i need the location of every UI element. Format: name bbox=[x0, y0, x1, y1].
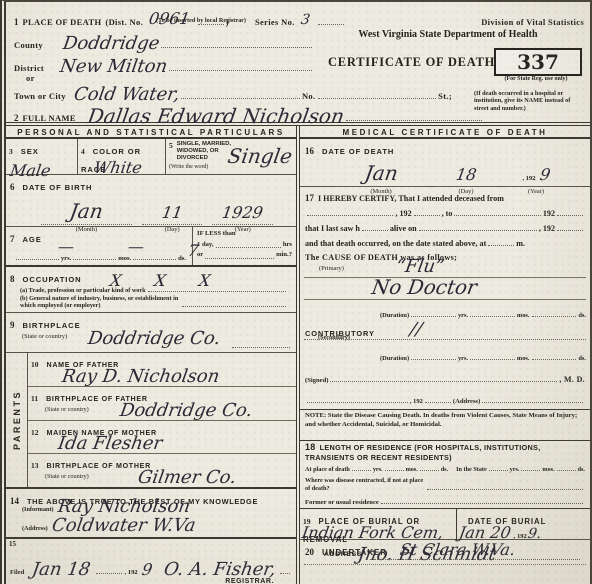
dob-day-value: 11 bbox=[161, 205, 184, 221]
informant-value: Ray Nicholson bbox=[57, 498, 192, 516]
residence-label: LENGTH OF RESIDENCE (FOR HOSPITALS, INST… bbox=[305, 443, 541, 462]
cause-extra-value: No Doctor bbox=[370, 277, 478, 297]
cause-primary-value: “Flu” bbox=[395, 258, 446, 276]
res-yrs-a: yrs. bbox=[373, 466, 383, 473]
burial-place-value: Indian Fork Cem, bbox=[301, 525, 445, 541]
sex-label: SEX bbox=[21, 147, 39, 156]
burial-year-prefix: , 192 bbox=[514, 533, 527, 540]
less-hrs-label: hrs bbox=[283, 240, 292, 251]
race-number: 4 bbox=[81, 147, 85, 156]
certify-192-b: 192 bbox=[543, 210, 555, 218]
marital-number: 5 bbox=[169, 141, 173, 150]
res-mos-b: mos. bbox=[542, 466, 554, 473]
undertaker-address-label: ADDRESS bbox=[324, 551, 362, 558]
filed-year-digit: 9 bbox=[140, 562, 153, 578]
hospital-note: (If death occurred in a hospital or inst… bbox=[474, 90, 586, 112]
informant-caption: (Informant) bbox=[22, 506, 54, 513]
county-label: County bbox=[14, 40, 43, 50]
res-yrs-b: yrs. bbox=[510, 466, 520, 473]
occupation-field: 8 OCCUPATION (a) Trade, profession or pa… bbox=[6, 267, 296, 313]
marital-field: 5 SINGLE, MARRIED, WIDOWED, OR DIVORCED … bbox=[166, 139, 296, 174]
birthplace-sublabel: (State or country) bbox=[22, 333, 81, 340]
age-mos-label: mos. bbox=[118, 255, 131, 262]
dod-month-label: (Month) bbox=[370, 188, 391, 195]
age-ds-label: ds. bbox=[178, 255, 186, 262]
age-label: AGE bbox=[23, 235, 42, 244]
father-bp-number: 11 bbox=[31, 394, 38, 403]
registration-number-box: 337 bbox=[494, 48, 582, 76]
at-place-label: At place of death bbox=[305, 466, 350, 473]
house-no-label: No. bbox=[302, 91, 316, 101]
mother-bp-label: BIRTHPLACE OF MOTHER bbox=[47, 462, 151, 471]
age-number: 7 bbox=[10, 234, 15, 244]
place-of-death-label: PLACE OF DEATH bbox=[23, 17, 102, 27]
series-label: Series No. bbox=[255, 17, 295, 27]
age-years-value: — bbox=[57, 239, 76, 255]
filed-label: Filed bbox=[10, 569, 24, 576]
contrib-duration-label: (Duration) bbox=[380, 355, 409, 362]
dod-year-prefix: , 192 bbox=[522, 175, 535, 182]
primary-label: (Primary) bbox=[319, 265, 585, 272]
sex-race-marital-row: 3 SEX Male 4 COLOR OR RACE White 5 SINGL… bbox=[6, 139, 296, 175]
certificate-title: CERTIFICATE OF DEATH bbox=[328, 55, 495, 70]
filed-number: 15 bbox=[9, 540, 16, 548]
birthplace-label: BIRTHPLACE bbox=[23, 321, 81, 330]
contrib-yrs: yrs. bbox=[458, 355, 468, 362]
place-of-burial-field: 19 PLACE OF BURIAL OR REMOVAL Indian For… bbox=[300, 509, 457, 539]
certify-line3b: alive on bbox=[390, 225, 417, 233]
res-ds-b: ds. bbox=[578, 466, 585, 473]
undertaker-number: 20 bbox=[305, 547, 314, 557]
medical-certificate-column: MEDICAL CERTIFICATE OF DEATH 16 DATE OF … bbox=[300, 126, 590, 584]
medical-section-header: MEDICAL CERTIFICATE OF DEATH bbox=[300, 126, 590, 139]
or-label: or bbox=[26, 73, 35, 83]
date-of-death-field: 16 DATE OF DEATH Jan (Month) 18 (Day) , … bbox=[300, 139, 590, 187]
field1-number: 1 bbox=[14, 17, 19, 27]
informant-address-caption: (Address) bbox=[22, 525, 48, 532]
birthplace-value: Doddridge Co. bbox=[87, 330, 222, 348]
certify-number: 17 bbox=[305, 194, 314, 203]
father-value: Ray D. Nicholson bbox=[61, 368, 221, 386]
father-number: 10 bbox=[31, 360, 39, 369]
certify-line1: I HEREBY CERTIFY, That I attended deceas… bbox=[318, 195, 504, 203]
informant-address-value: Coldwater W.Va bbox=[51, 517, 197, 535]
length-of-residence-section: 18LENGTH OF RESIDENCE (FOR HOSPITALS, IN… bbox=[300, 441, 590, 493]
note-box: NOTE: State the Disease Causing Death. I… bbox=[300, 409, 590, 441]
birthplace-number: 9 bbox=[10, 320, 15, 330]
street-label: St.; bbox=[438, 91, 452, 101]
full-name-label: FULL NAME bbox=[23, 113, 76, 123]
md-label: , M. D. bbox=[559, 375, 585, 384]
dob-month-value: Jan bbox=[68, 201, 104, 221]
certify-line3a: that I last saw h bbox=[305, 225, 360, 233]
in-state-label: In the State bbox=[456, 466, 487, 473]
sex-number: 3 bbox=[9, 147, 13, 156]
occupation-number: 8 bbox=[10, 274, 15, 284]
burial-year-digit: 9. bbox=[527, 527, 543, 541]
undertaker-address-value: St Clara W.Va. bbox=[399, 542, 517, 558]
where-contracted-label: Where was disease contracted, if not at … bbox=[305, 477, 425, 492]
series-value: 3 bbox=[300, 13, 311, 27]
father-bp-value: Doddridge Co. bbox=[119, 402, 254, 420]
parents-vertical-label: PARENTS bbox=[6, 353, 28, 487]
dod-year-label: (Year) bbox=[528, 188, 544, 195]
occupation-label: OCCUPATION bbox=[23, 275, 82, 284]
department-title: West Virginia State Department of Health bbox=[314, 29, 582, 40]
field2-number: 2 bbox=[14, 113, 19, 123]
residence-number: 18 bbox=[305, 442, 316, 452]
dob-year-label: (Year) bbox=[235, 226, 251, 233]
mother-bp-value: Gilmer Co. bbox=[137, 469, 238, 487]
filed-year-prefix: , 192 bbox=[124, 569, 137, 576]
contrib-mos: mos. bbox=[517, 355, 530, 362]
address-192-label: , 192 bbox=[410, 398, 423, 405]
registrar-label: REGISTRAR. bbox=[225, 578, 274, 584]
burial-row: 19 PLACE OF BURIAL OR REMOVAL Indian For… bbox=[300, 508, 590, 540]
sex-field: 3 SEX Male bbox=[6, 139, 78, 174]
certificate-header: 1 PLACE OF DEATH (Dist. No. 0961 ) Serie… bbox=[6, 2, 590, 126]
dod-year-digit: 9 bbox=[538, 167, 551, 183]
less-min-label: min.? bbox=[276, 250, 292, 261]
dod-day-value: 18 bbox=[455, 167, 478, 183]
mother-bp-number: 13 bbox=[31, 461, 39, 470]
date-of-burial-field: DATE OF BURIAL Jan 20 , 192 9. bbox=[457, 509, 590, 539]
personal-particulars-column: PERSONAL AND STATISTICAL PARTICULARS 3 S… bbox=[6, 126, 300, 584]
marital-value: Single bbox=[226, 146, 293, 166]
registration-number-note: (For State Reg. use only) bbox=[488, 76, 584, 82]
age-months-value: — bbox=[127, 239, 146, 255]
res-ds-a: ds. bbox=[441, 466, 448, 473]
division-label: Division of Vital Statistics bbox=[481, 17, 584, 27]
burial-date-value: Jan 20 bbox=[458, 525, 512, 541]
dob-year-value: 1929 bbox=[221, 205, 264, 221]
age-field: 7 AGE — — 7 yrs. mos. ds. IF LESS than 1… bbox=[6, 227, 296, 267]
filed-section: 15 Filed Jan 18 , 192 9 O. A. Fisher, RE… bbox=[6, 539, 296, 584]
certificate-body: PERSONAL AND STATISTICAL PARTICULARS 3 S… bbox=[6, 126, 590, 584]
physician-address-line: , 192 (Address) bbox=[300, 389, 590, 409]
certify-192-a: , 192 bbox=[395, 210, 411, 218]
signed-label: (Signed) bbox=[305, 377, 328, 384]
father-birthplace-field: 11 BIRTHPLACE OF FATHER (State or countr… bbox=[28, 387, 296, 421]
birthplace-field: 9 BIRTHPLACE (State or country) Doddridg… bbox=[6, 313, 296, 353]
duration-label: (Duration) bbox=[380, 312, 409, 319]
race-field: 4 COLOR OR RACE White bbox=[78, 139, 166, 174]
certify-to: , to bbox=[442, 210, 453, 218]
dod-number: 16 bbox=[305, 146, 314, 156]
age-yrs-label: yrs. bbox=[61, 255, 71, 262]
dob-number: 6 bbox=[10, 182, 15, 192]
occupation-line-b: (b) General nature of industry, business… bbox=[20, 295, 180, 309]
contrib-ds: ds. bbox=[578, 355, 586, 362]
cause-of-death-section: The CAUSE OF DEATH was as follows; (Prim… bbox=[300, 247, 590, 321]
dod-label: DATE OF DEATH bbox=[322, 147, 394, 156]
death-certificate-document: 1 PLACE OF DEATH (Dist. No. 0961 ) Serie… bbox=[0, 0, 592, 584]
mother-number: 12 bbox=[31, 428, 39, 437]
date-of-birth-field: 6 DATE OF BIRTH Jan (Month) 11 (Day) 192… bbox=[6, 175, 296, 227]
contributory-section: CONTRIBUTORY (Secondary) // (Duration) y… bbox=[300, 321, 590, 365]
certify-192-c: , 192 bbox=[539, 225, 555, 233]
former-residence-label: Former or usual residence bbox=[305, 499, 379, 506]
full-name-value: Dallas Edward Nicholson bbox=[86, 106, 345, 126]
registrar-signature: O. A. Fisher, bbox=[162, 561, 277, 579]
duration-mos: mos. bbox=[517, 312, 530, 319]
signed-line: (Signed) , M. D. bbox=[300, 365, 590, 389]
duration-ds: ds. bbox=[578, 312, 586, 319]
parents-section: PARENTS 10 NAME OF FATHER Ray D. Nichols… bbox=[6, 353, 296, 489]
mother-name-field: 12 MAIDEN NAME OF MOTHER Ida Flesher bbox=[28, 421, 296, 455]
address-caption: (Address) bbox=[453, 398, 480, 405]
dob-label: DATE OF BIRTH bbox=[23, 183, 93, 192]
duration-yrs: yrs. bbox=[458, 312, 468, 319]
mother-birthplace-field: 13 BIRTHPLACE OF MOTHER (State or countr… bbox=[28, 454, 296, 487]
race-value: White bbox=[93, 160, 143, 176]
dist-no-label: (Dist. No. bbox=[105, 17, 143, 27]
filed-date-value: Jan 18 bbox=[31, 561, 92, 579]
district-label: District bbox=[14, 63, 44, 73]
undertaker-section: 20 UNDERTAKER Jno. H Schmidt ADDRESS St … bbox=[300, 540, 590, 562]
dod-day-label: (Day) bbox=[459, 188, 474, 195]
place-of-death-line: 1 PLACE OF DEATH (Dist. No. 0961 ) Serie… bbox=[14, 7, 584, 27]
contributory-value: // bbox=[409, 321, 424, 339]
certify-paragraph: 17 I HEREBY CERTIFY, That I attended dec… bbox=[300, 187, 590, 247]
informant-section: 14 THE ABOVE IS TRUE TO THE BEST OF MY K… bbox=[6, 489, 296, 539]
dod-month-value: Jan bbox=[363, 163, 399, 183]
informant-number: 14 bbox=[10, 496, 19, 506]
former-residence-line: Former or usual residence bbox=[300, 493, 590, 508]
town-label: Town or City bbox=[14, 91, 66, 101]
dist-no-note: (To be inserted by local Registrar) bbox=[156, 17, 246, 24]
res-mos-a: mos. bbox=[406, 466, 418, 473]
occupation-value: X X X bbox=[109, 273, 226, 289]
mother-value: Ida Flesher bbox=[57, 435, 164, 453]
father-name-field: 10 NAME OF FATHER Ray D. Nicholson bbox=[28, 353, 296, 387]
